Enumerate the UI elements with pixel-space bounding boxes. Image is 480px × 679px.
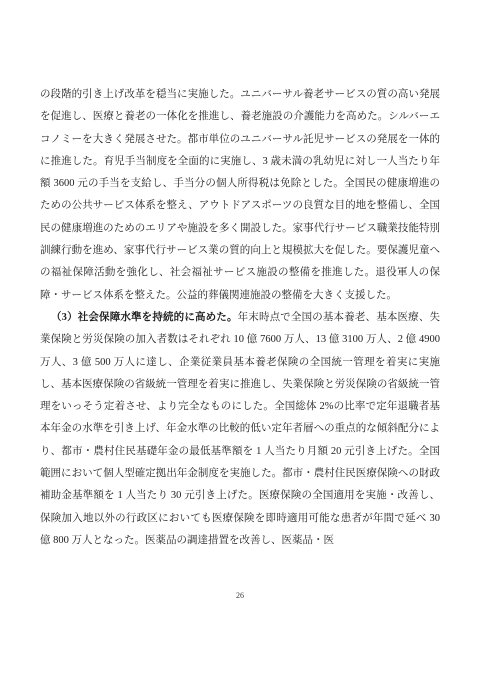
document-body: の段階的引き上げ改革を穏当に実施した。ユニバーサル養老サービスの質の高い発展を促… bbox=[40, 84, 440, 552]
paragraph-3-heading: （3）社会保障水準を持続的に高めた。 bbox=[51, 312, 238, 323]
page-number: 26 bbox=[0, 591, 480, 600]
paragraph-3-text: 年末時点で全国の基本養老、基本医療、失業保険と労災保険の加入者数はそれぞれ 10… bbox=[40, 312, 440, 546]
paragraph-continuation: の段階的引き上げ改革を穏当に実施した。ユニバーサル養老サービスの質の高い発展を促… bbox=[40, 84, 440, 307]
paragraph-1-text: の段階的引き上げ改革を穏当に実施した。ユニバーサル養老サービスの質の高い発展を促… bbox=[40, 89, 440, 301]
document-page: の段階的引き上げ改革を穏当に実施した。ユニバーサル養老サービスの質の高い発展を促… bbox=[0, 0, 480, 679]
paragraph-3: （3）社会保障水準を持続的に高めた。年末時点で全国の基本養老、基本医療、失業保険… bbox=[40, 307, 440, 552]
